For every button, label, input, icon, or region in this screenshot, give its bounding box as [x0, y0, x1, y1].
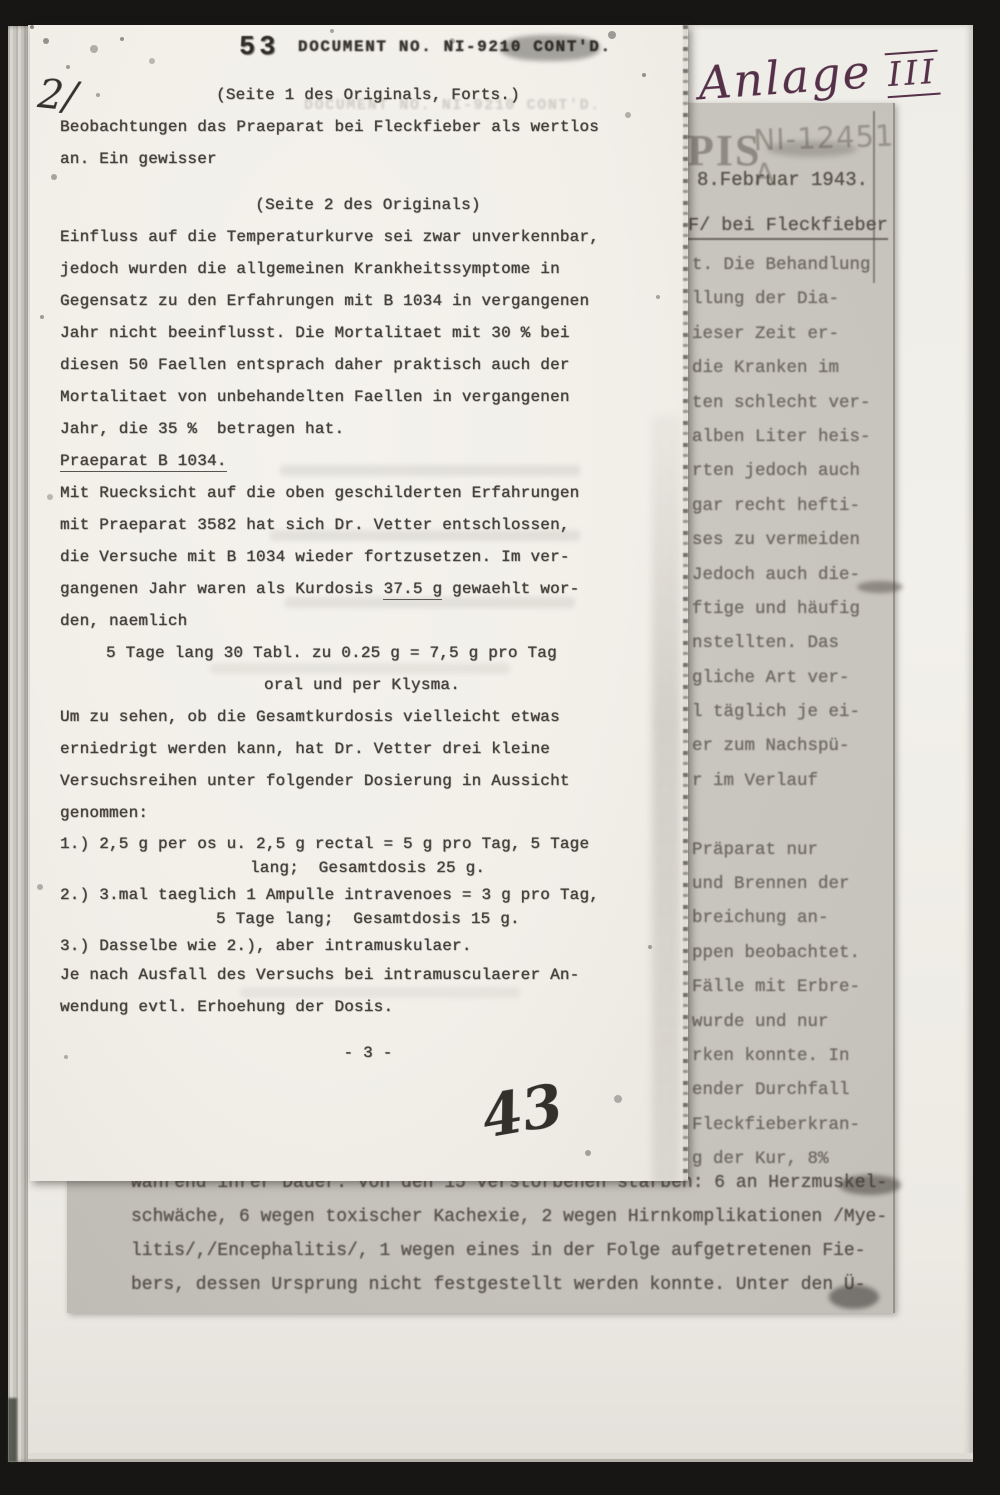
column-fragment-line: Fleckfieberkran-: [692, 1115, 892, 1149]
typed-line: lang; Gesamtdosis 25 g.: [60, 857, 676, 880]
typed-line: 3.) Dasselbe wie 2.), aber intramuskulae…: [60, 934, 676, 959]
ink-smudge: [767, 141, 857, 157]
column-fragment-line: ses zu vermeiden: [692, 530, 892, 564]
typed-text: 2.) 3.mal taeglich 1 Ampulle intravenoes…: [60, 886, 599, 904]
column-fragment-line: rken konnte. In: [692, 1046, 892, 1080]
typed-text: Einfluss auf die Temperaturkurve sei zwa…: [60, 228, 599, 246]
bottom-paragraph-line: litis/,/Encephalitis/, 1 wegen eines in …: [131, 1241, 931, 1275]
column-fragment-line: Fälle mit Erbre-: [692, 977, 892, 1011]
typed-line: Mortalitaet von unbehandelten Faellen in…: [60, 381, 676, 413]
column-fragment-line: ftige und häufig: [692, 599, 892, 633]
column-fragment-line: breichung an-: [692, 908, 892, 942]
typed-text: gewaehlt wor-: [442, 580, 579, 598]
typed-line: Jahr nicht beeinflusst. Die Mortalitaet …: [60, 317, 676, 349]
typed-line: Mit Ruecksicht auf die oben geschilderte…: [60, 477, 676, 509]
bleedthrough-mark: [240, 987, 520, 998]
typed-line: Einfluss auf die Temperaturkurve sei zwa…: [60, 221, 676, 253]
typed-line: 1.) 2,5 g per os u. 2,5 g rectal = 5 g p…: [60, 832, 676, 857]
typed-line: [60, 175, 676, 189]
binding-shadow: [8, 1398, 17, 1462]
column-fragment-line: gliche Art ver-: [692, 668, 892, 702]
typed-text: Beobachtungen das Praeparat bei Fleckfie…: [60, 118, 599, 136]
typed-text: (Seite 1 des Originals, Forts.): [216, 86, 520, 104]
typed-text: lang; Gesamtdosis 25 g.: [250, 859, 485, 877]
typed-line: Beobachtungen das Praeparat bei Fleckfie…: [60, 111, 676, 143]
typed-text: wendung evtl. Erhoehung der Dosis.: [60, 998, 393, 1016]
bottom-paragraph-line: schwäche, 6 wegen toxischer Kachexie, 2 …: [131, 1207, 931, 1241]
typed-line: an. Ein gewisser: [60, 143, 676, 175]
typed-text: Mortalitaet von unbehandelten Faellen in…: [60, 388, 570, 406]
typed-line: den, naemlich: [60, 605, 676, 637]
typed-text: Mit Ruecksicht auf die oben geschilderte…: [60, 484, 579, 502]
column-fragment-line: ppen beobachtet.: [692, 943, 892, 977]
book-spine-edge: [8, 26, 30, 1462]
typed-body: (Seite 1 des Originals, Forts.)Beobachtu…: [60, 79, 676, 1069]
right-column-fragments: t. Die Behandlungllung der Dia-ieser Zei…: [692, 255, 892, 1184]
column-fragment-line: nstellten. Das: [692, 633, 892, 667]
column-fragment-line: rten jedoch auch: [692, 461, 892, 495]
bleedthrough-mark: [280, 465, 580, 476]
typed-text: erniedrigt werden kann, hat Dr. Vetter d…: [60, 740, 550, 758]
ink-smudge: [500, 35, 600, 61]
column-fragment-line: [692, 805, 892, 839]
column-fragment-line: ender Durchfall: [692, 1080, 892, 1114]
ink-smudge: [829, 1285, 879, 1309]
typed-text: den, naemlich: [60, 612, 187, 630]
typed-text: (Seite 2 des Originals): [255, 196, 480, 214]
column-fragment-line: r im Verlauf: [692, 771, 892, 805]
typed-text: - 3 -: [343, 1044, 392, 1062]
title-fragment: F/ bei Fleckfieber: [688, 215, 888, 236]
typed-text: an. Ein gewisser: [60, 150, 217, 168]
typed-line: - 3 -: [60, 1037, 676, 1069]
typed-line: Versuchsreihen unter folgender Dosierung…: [60, 765, 676, 797]
typed-text: gangenen Jahr waren als Kurdosis: [60, 580, 383, 598]
paper-speckles: [30, 25, 34, 29]
typed-text: diesen 50 Faellen entsprach daher prakti…: [60, 356, 570, 374]
typed-line: (Seite 2 des Originals): [60, 189, 676, 221]
typed-text: 1.) 2,5 g per os u. 2,5 g rectal = 5 g p…: [60, 835, 589, 853]
typed-line: Jahr, die 35 % betragen hat.: [60, 413, 676, 445]
column-fragment-line: er zum Nachspü-: [692, 736, 892, 770]
typed-line: die Versuche mit B 1034 wieder fortzuset…: [60, 541, 676, 573]
ink-smudge: [839, 1175, 901, 1195]
page-number-stamp: 53: [239, 33, 279, 63]
title-fragment-text: F/ bei Fleckfieber: [688, 215, 888, 240]
typed-line: jedoch wurden die allgemeinen Krankheits…: [60, 253, 676, 285]
typed-line: Gegensatz zu den Erfahrungen mit B 1034 …: [60, 285, 676, 317]
column-fragment-line: wurde und nur: [692, 1012, 892, 1046]
typed-text: Jahr, die 35 % betragen hat.: [60, 420, 344, 438]
column-fragment-line: Präparat nur: [692, 840, 892, 874]
top-page: 53 DOCUMENT NO. NI-9210 CONT'D. DOCUMENT…: [30, 25, 688, 1181]
typed-text: Versuchsreihen unter folgender Dosierung…: [60, 772, 570, 790]
bleedthrough-mark: [285, 597, 575, 608]
torn-page-edge: [683, 25, 688, 1181]
bottom-paragraph: während ihrer Dauer. Von den 15 verstorb…: [131, 1173, 931, 1309]
column-fragment-line: ieser Zeit er-: [692, 324, 892, 358]
typed-text: 5 Tage lang 30 Tabl. zu 0.25 g = 7,5 g p…: [106, 644, 557, 662]
ink-smudge: [857, 581, 903, 593]
column-fragment-line: ten schlecht ver-: [692, 393, 892, 427]
column-fragment-line: gar recht hefti-: [692, 496, 892, 530]
typed-line: [60, 1023, 676, 1037]
column-fragment-line: t. Die Behandlung: [692, 255, 892, 289]
column-fragment-line: l täglich je ei-: [692, 702, 892, 736]
typed-text: 3.) Dasselbe wie 2.), aber intramuskulae…: [60, 937, 472, 955]
typed-text: 5 Tage lang; Gesamtdosis 15 g.: [216, 910, 520, 928]
typed-line: genommen:: [60, 797, 676, 829]
typed-text: Je nach Ausfall des Versuchs bei intramu…: [60, 966, 579, 984]
typed-text: die Versuche mit B 1034 wieder fortzuset…: [60, 548, 570, 566]
handwritten-page-number: 43: [477, 1071, 568, 1152]
column-fragment-line: und Brennen der: [692, 874, 892, 908]
typed-line: erniedrigt werden kann, hat Dr. Vetter d…: [60, 733, 676, 765]
bleedthrough-mark: [270, 530, 580, 541]
typed-line: 2.) 3.mal taeglich 1 Ampulle intravenoes…: [60, 883, 676, 908]
date-line: 8.Februar 1943.: [697, 169, 868, 191]
typed-text: Gegensatz zu den Erfahrungen mit B 1034 …: [60, 292, 589, 310]
typed-line: 5 Tage lang; Gesamtdosis 15 g.: [60, 908, 676, 931]
typed-text: genommen:: [60, 804, 148, 822]
typed-line: Um zu sehen, ob die Gesamtkurdosis viell…: [60, 701, 676, 733]
typed-text: Um zu sehen, ob die Gesamtkurdosis viell…: [60, 708, 560, 726]
bottom-paragraph-line: bers, dessen Ursprung nicht festgestellt…: [131, 1275, 931, 1309]
column-fragment-line: Jedoch auch die-: [692, 565, 892, 599]
column-fragment-line: die Kranken im: [692, 358, 892, 392]
typed-line: (Seite 1 des Originals, Forts.): [60, 79, 676, 111]
underlined-text: Praeparat B 1034.: [60, 452, 227, 472]
column-fragment-line: llung der Dia-: [692, 289, 892, 323]
typed-line: diesen 50 Faellen entsprach daher prakti…: [60, 349, 676, 381]
scanned-document-photo: PIS NI-12451 A 8.Februar 1943. F/ bei Fl…: [0, 0, 1000, 1495]
bleedthrough-mark: [210, 663, 510, 674]
column-fragment-line: alben Liter heis-: [692, 427, 892, 461]
typed-text: oral und per Klysma.: [264, 676, 460, 694]
annotation-numeral: III: [884, 50, 940, 99]
typed-text: Jahr nicht beeinflusst. Die Mortalitaet …: [60, 324, 570, 342]
typed-text: jedoch wurden die allgemeinen Krankheits…: [60, 260, 560, 278]
